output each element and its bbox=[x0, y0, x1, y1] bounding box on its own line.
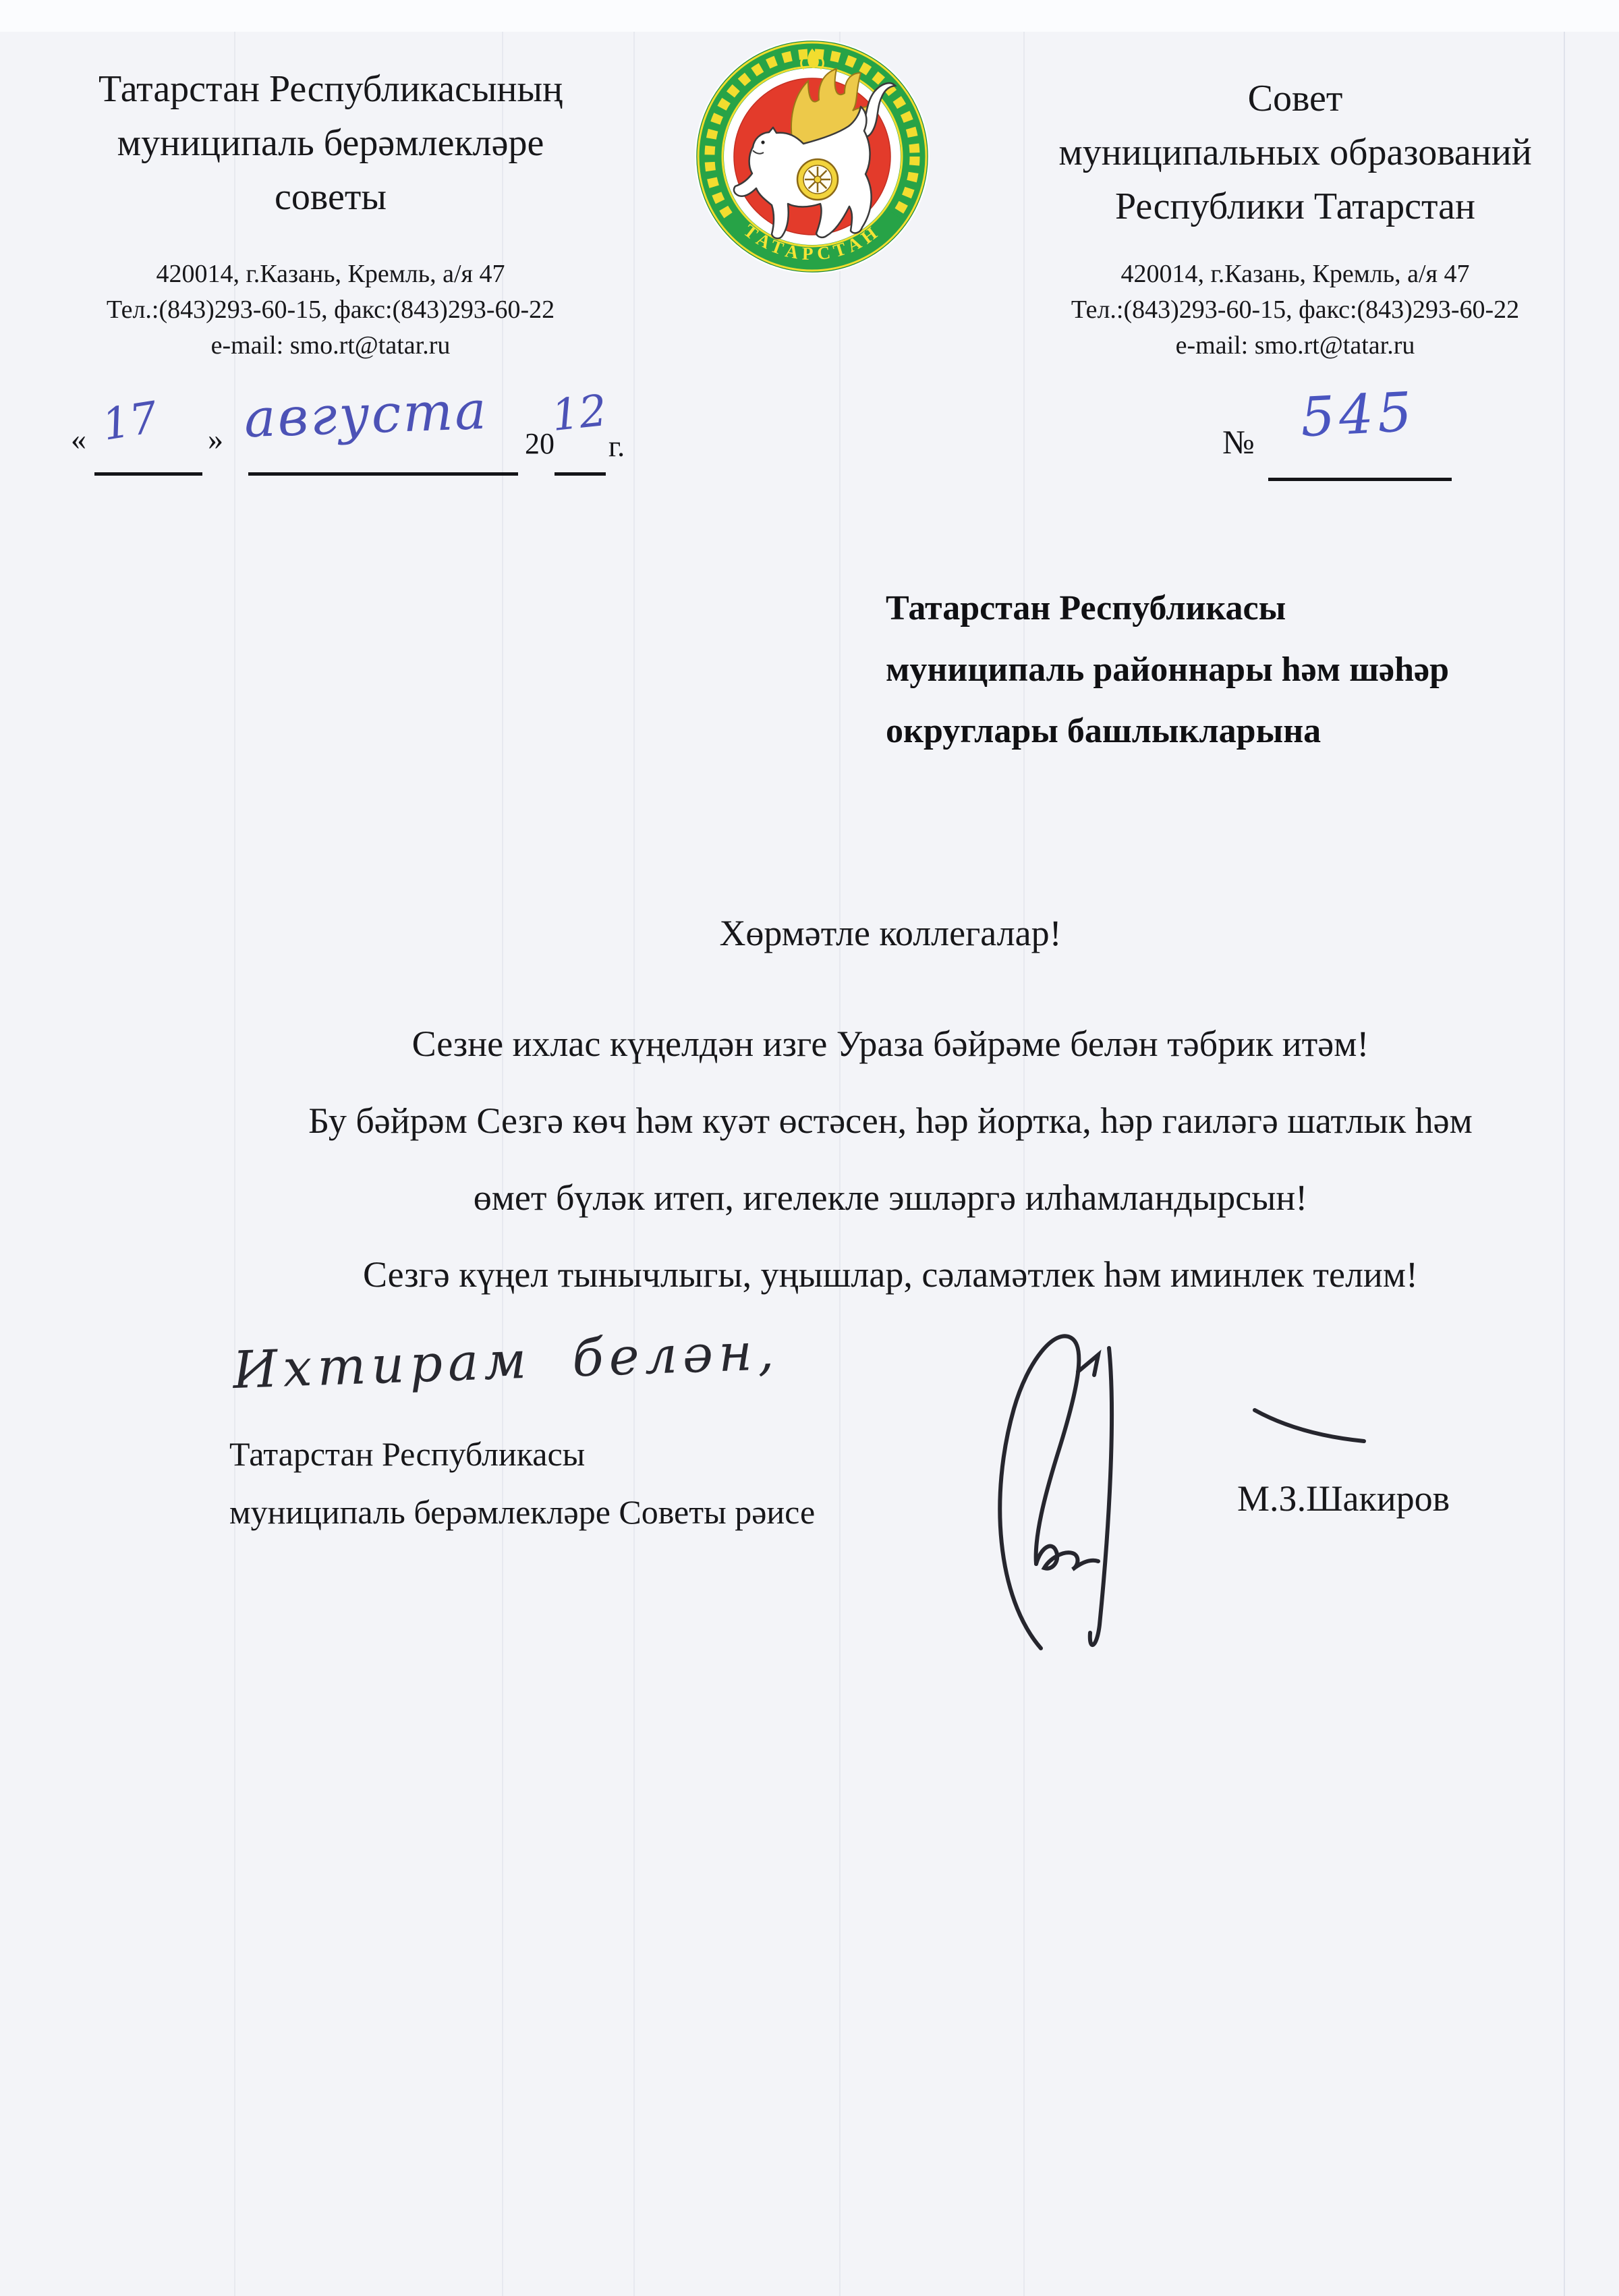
org-name-line: советы bbox=[40, 170, 621, 224]
addressee-line: муниципаль районнары һәм шәһәр bbox=[886, 639, 1449, 700]
month-handwritten: августа bbox=[244, 381, 490, 450]
year-blank-line bbox=[555, 472, 606, 476]
body-line: Сезне ихлас күңелдән изге Ураза бәйрәме … bbox=[202, 1005, 1579, 1082]
signature-dash-stroke bbox=[1249, 1402, 1371, 1449]
body-line: Сезгә күңел тынычлыгы, уңышлар, сәламәтл… bbox=[202, 1236, 1579, 1313]
salutation: Хөрмәтле коллегалар! bbox=[216, 912, 1565, 954]
body-paragraph: Сезне ихлас күңелдән изге Ураза бәйрәме … bbox=[202, 1005, 1579, 1313]
year-handwritten: 12 bbox=[549, 386, 609, 441]
addressee-line: округлары башлыкларына bbox=[886, 700, 1449, 762]
signature-stroke bbox=[977, 1308, 1220, 1658]
scan-edge-band bbox=[0, 0, 1619, 32]
letterhead-org-right: Совет муниципальных образований Республи… bbox=[978, 72, 1612, 233]
number-handwritten: 545 bbox=[1299, 381, 1417, 449]
org-name-line: Татарстан Республикасының bbox=[40, 62, 621, 116]
body-line: Бу бәйрәм Сезгә көч һәм куәт өстәсен, һә… bbox=[202, 1082, 1579, 1159]
coat-of-arms-tatarstan-icon: ТАТАРСТАН bbox=[693, 38, 931, 275]
signer-name: М.З.Шакиров bbox=[1237, 1478, 1450, 1519]
year-suffix: г. bbox=[608, 429, 625, 464]
org-name-line: муниципальных образований bbox=[978, 125, 1612, 179]
addressee-line: Татарстан Республикасы bbox=[886, 578, 1449, 639]
signer-position-line: муниципаль берәмлекләре Советы рәисе bbox=[229, 1492, 815, 1532]
number-blank-line bbox=[1268, 478, 1452, 481]
contact-line: Тел.:(843)293-60-15, факс:(843)293-60-22 bbox=[40, 292, 621, 328]
month-blank-line bbox=[248, 472, 518, 476]
addressee-block: Татарстан Республикасы муниципаль районн… bbox=[886, 578, 1449, 762]
number-label: № bbox=[1222, 422, 1255, 461]
contact-line: 420014, г.Казань, Кремль, а/я 47 bbox=[1005, 256, 1585, 292]
scanned-letter-page: Татарстан Республикасының муниципаль бер… bbox=[0, 0, 1619, 2296]
open-quote: « bbox=[71, 421, 86, 457]
org-name-line: Совет bbox=[978, 72, 1612, 125]
year-century: 20 bbox=[525, 426, 555, 461]
org-name-line: Республики Татарстан bbox=[978, 179, 1612, 233]
closing-handwritten: Ихтирам белән, bbox=[232, 1321, 780, 1400]
signer-position-line: Татарстан Республикасы bbox=[229, 1434, 585, 1474]
close-quote: » bbox=[208, 421, 223, 457]
letterhead-org-left: Татарстан Республикасының муниципаль бер… bbox=[40, 62, 621, 224]
letterhead-contacts-left: 420014, г.Казань, Кремль, а/я 47 Тел.:(8… bbox=[40, 256, 621, 364]
contact-line: e-mail: smo.rt@tatar.ru bbox=[40, 328, 621, 364]
day-blank-line bbox=[94, 472, 202, 476]
contact-line: Тел.:(843)293-60-15, факс:(843)293-60-22 bbox=[1005, 292, 1585, 328]
contact-line: 420014, г.Казань, Кремль, а/я 47 bbox=[40, 256, 621, 292]
org-name-line: муниципаль берәмлекләре bbox=[40, 116, 621, 170]
letterhead-contacts-right: 420014, г.Казань, Кремль, а/я 47 Тел.:(8… bbox=[1005, 256, 1585, 364]
day-handwritten: 17 bbox=[99, 393, 161, 451]
contact-line: e-mail: smo.rt@tatar.ru bbox=[1005, 328, 1585, 364]
body-line: өмет бүләк итеп, игелекле эшләргә илһамл… bbox=[202, 1159, 1579, 1236]
